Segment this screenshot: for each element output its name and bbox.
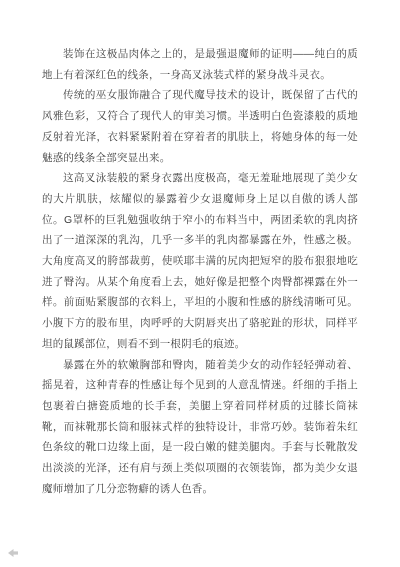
document-text: 装饰在这极品肉体之上的，是最强退魔师的证明——纯白的质地上有着深红色的线条，一身… (42, 44, 358, 499)
paragraph-3: 这高叉泳装般的紧身衣露出度极高，毫无羞耻地展现了美少女的大片肌肤，炫耀似的暴露着… (42, 168, 358, 354)
page-back-arrow-icon[interactable] (6, 546, 20, 560)
paragraph-4: 暴露在外的软嫩胸部和臀肉，随着美少女的动作轻轻弹动着、摇晃着，这种青春的性感让每… (42, 355, 358, 500)
reader-page: 装饰在这极品肉体之上的，是最强退魔师的证明——纯白的质地上有着深红色的线条，一身… (0, 0, 400, 567)
paragraph-1: 装饰在这极品肉体之上的，是最强退魔师的证明——纯白的质地上有着深红色的线条，一身… (42, 44, 358, 85)
paragraph-2: 传统的巫女服饰融合了现代魔导技术的设计，既保留了古代的风雅色彩，又符合了现代人的… (42, 85, 358, 168)
